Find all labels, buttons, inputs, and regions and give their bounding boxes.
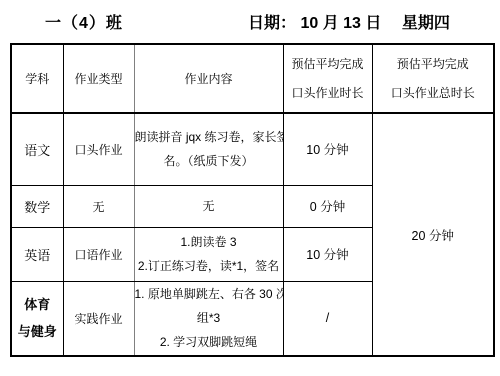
col-header-subject: 学科 bbox=[11, 44, 63, 113]
subject-cell: 体育 与健身 bbox=[11, 281, 63, 356]
col-header-total-line1: 预估平均完成 bbox=[373, 50, 494, 79]
type-cell: 口头作业 bbox=[63, 113, 134, 185]
duration-cell: / bbox=[283, 281, 372, 356]
col-header-total: 预估平均完成 口头作业总时长 bbox=[372, 44, 494, 113]
content-line: 无 bbox=[135, 194, 283, 218]
homework-table: 学科 作业类型 作业内容 预估平均完成 口头作业时长 预估平均完成 口头作业总时… bbox=[10, 43, 495, 357]
content-cell: 1. 原地单脚跳左、右各 30 次/ 组*3 2. 学习双脚跳短绳 bbox=[134, 281, 283, 356]
content-line: 2. 学习双脚跳短绳 bbox=[135, 330, 283, 354]
subject-line: 体育 bbox=[12, 291, 63, 318]
subject-cell: 语文 bbox=[11, 113, 63, 185]
table-row-chinese: 语文 口头作业 朗读拼音 jqx 练习卷，家长签 名。（纸质下发） 10 分钟 … bbox=[11, 113, 494, 185]
content-line: 名。（纸质下发） bbox=[135, 149, 283, 173]
header-row: 学科 作业类型 作业内容 预估平均完成 口头作业时长 预估平均完成 口头作业总时… bbox=[11, 44, 494, 113]
subject-cell: 数学 bbox=[11, 185, 63, 227]
content-line: 朗读拼音 jqx 练习卷，家长签 bbox=[135, 125, 283, 149]
content-cell: 朗读拼音 jqx 练习卷，家长签 名。（纸质下发） bbox=[134, 113, 283, 185]
content-cell: 1.朗读卷 3 2.订正练习卷，读*1，签名 bbox=[134, 227, 283, 281]
document-page: 一（4）班 日期： 10 月 13 日 星期四 学科 作业类型 作业内容 预估平… bbox=[0, 0, 500, 376]
content-line: 1. 原地单脚跳左、右各 30 次/ bbox=[135, 282, 283, 306]
col-header-total-line2: 口头作业总时长 bbox=[373, 79, 494, 108]
col-header-duration-line2: 口头作业时长 bbox=[284, 79, 372, 108]
date-line: 日期： 10 月 13 日 星期四 bbox=[248, 10, 450, 33]
col-header-duration-line1: 预估平均完成 bbox=[284, 50, 372, 79]
class-name: 一（4）班 bbox=[45, 10, 123, 33]
duration-cell: 0 分钟 bbox=[283, 185, 372, 227]
col-header-type: 作业类型 bbox=[63, 44, 134, 113]
type-cell: 无 bbox=[63, 185, 134, 227]
duration-cell: 10 分钟 bbox=[283, 113, 372, 185]
type-cell: 口语作业 bbox=[63, 227, 134, 281]
duration-cell: 10 分钟 bbox=[283, 227, 372, 281]
content-line: 2.订正练习卷，读*1，签名 bbox=[135, 254, 283, 278]
col-header-content: 作业内容 bbox=[134, 44, 283, 113]
content-line: 组*3 bbox=[135, 306, 283, 330]
col-header-duration: 预估平均完成 口头作业时长 bbox=[283, 44, 372, 113]
total-duration-cell: 20 分钟 bbox=[372, 113, 494, 356]
content-line: 1.朗读卷 3 bbox=[135, 230, 283, 254]
content-cell: 无 bbox=[134, 185, 283, 227]
type-cell: 实践作业 bbox=[63, 281, 134, 356]
subject-line: 与健身 bbox=[12, 318, 63, 345]
subject-cell: 英语 bbox=[11, 227, 63, 281]
